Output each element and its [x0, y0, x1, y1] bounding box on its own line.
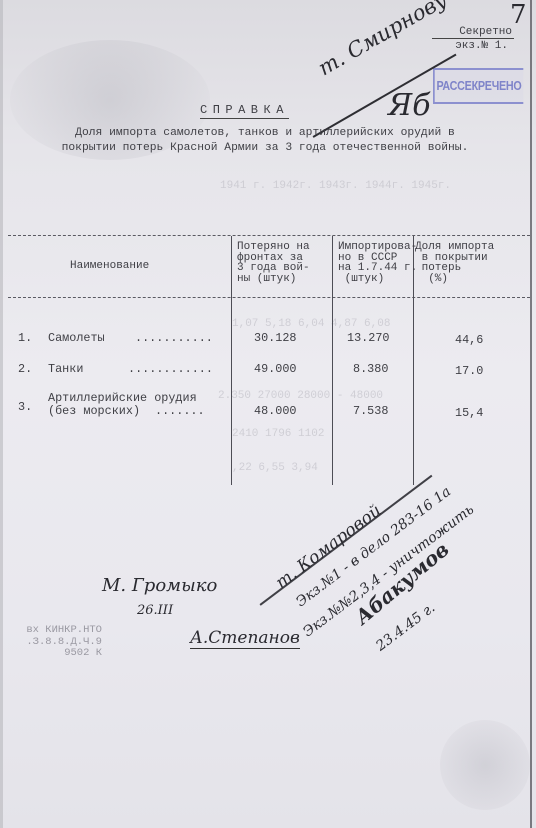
row-imported: 8.380 [353, 362, 388, 376]
page-edge [530, 0, 532, 828]
header-imported: Импортирова- но в СССР на 1.7.44 г. (шту… [338, 242, 417, 284]
signature-bottom: А.Степанов [190, 628, 300, 649]
paper-smudge [440, 720, 530, 810]
row-dots: ........... [135, 331, 213, 345]
row-lost: 30.128 [254, 331, 296, 345]
page-edge [0, 0, 3, 828]
document-title: СПРАВКА [200, 103, 289, 119]
row-lost: 49.000 [254, 362, 296, 376]
header-lost: Потеряно на фронтах за 3 года вой- ны (ш… [237, 242, 310, 284]
declassified-stamp: РАССЕКРЕЧЕНО [433, 68, 523, 104]
classification-block: Секретно экз.№ 1. [432, 26, 514, 52]
faded-registration-stamp: вх КИНКР.НТО .З.8.8.Д.Ч.9 9502 К [2, 625, 102, 660]
handwritten-initials: Яб [388, 88, 431, 123]
row-number: 1. [18, 331, 32, 345]
row-share: 15,4 [455, 406, 483, 420]
row-imported: 7.538 [353, 404, 388, 418]
classification-label: Секретно [432, 26, 514, 39]
row-dots: ....... [155, 404, 205, 418]
show-through-text: ,22 6,55 3,94 [232, 462, 318, 474]
row-name: Самолеты [48, 331, 105, 345]
table-top-rule [8, 235, 530, 236]
row-name: Артиллерийские орудия [48, 393, 197, 404]
row-imported: 13.270 [347, 331, 389, 345]
signature-left: М. Громыко [102, 575, 217, 596]
show-through-text: 2410 1796 1102 [232, 428, 324, 440]
table-header-rule [8, 297, 530, 298]
signature-left-date: 26.III [137, 603, 173, 618]
row-name: Танки [48, 362, 83, 376]
header-name: Наименование [70, 261, 149, 272]
row-lost: 48.000 [254, 404, 296, 418]
show-through-text: 1,07 5,18 6,04 4,87 6,08 [232, 318, 390, 330]
row-dots: ............ [128, 362, 213, 376]
show-through-text: 1941 г. 1942г. 1943г. 1944г. 1945г. [220, 180, 451, 192]
row-number: 3. [18, 400, 32, 414]
row-share: 17.0 [455, 364, 483, 378]
column-divider [332, 236, 333, 485]
header-share: Доля импорта в покрытии потерь (%) [415, 242, 494, 284]
copy-number: экз.№ 1. [432, 40, 514, 52]
show-through-text: 2.350 27000 28000 - 48000 [218, 390, 383, 402]
column-divider [231, 236, 232, 485]
document-subtitle: Доля импорта самолетов, танков и артилле… [55, 126, 475, 156]
row-share: 44,6 [455, 333, 483, 347]
row-name-continued: (без морских) [48, 404, 140, 418]
row-number: 2. [18, 362, 32, 376]
